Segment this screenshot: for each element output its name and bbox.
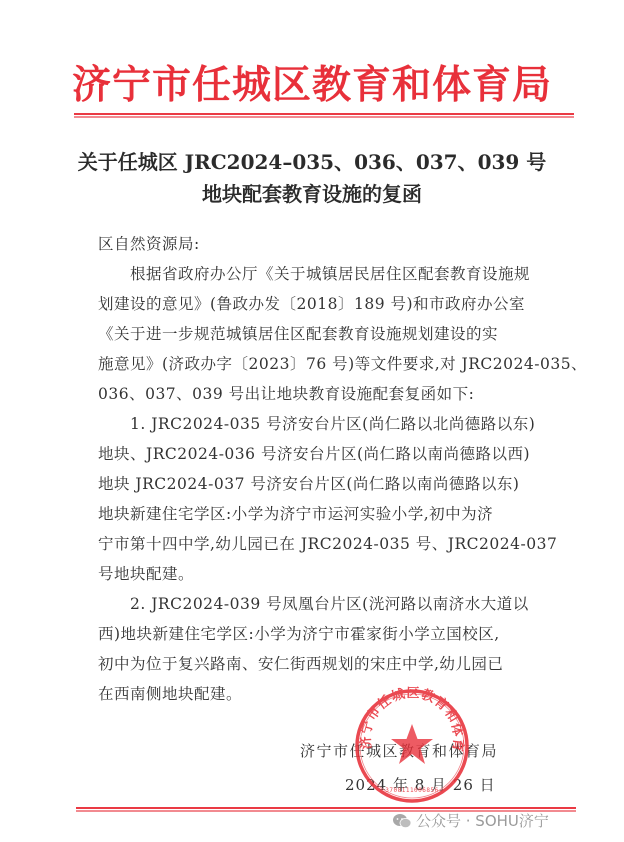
body-line: 施意见》(济政办字〔2023〕76 号)等文件要求,对 JRC2024-035、	[98, 349, 587, 379]
title-line-1: 关于任城区 JRC2024–035、036、037、039 号	[0, 146, 624, 178]
body-line: 根据省政府办公厅《关于城镇居民居住区配套教育设施规	[98, 259, 530, 289]
body-line: 1. JRC2024-035 号济安台片区(尚仁路以北尚德路以东)	[98, 409, 535, 439]
body-line: 地块 JRC2024-037 号济安台片区(尚仁路以南尚德路以东)	[98, 469, 519, 499]
body-line: 036、037、039 号出让地块教育设施配套复函如下:	[98, 379, 474, 409]
body-line: 西)地块新建住宅学区:小学为济宁市霍家街小学立国校区,	[98, 619, 500, 649]
body-line: 宁市第十四中学,幼儿园已在 JRC2024-035 号、JRC2024-037	[98, 529, 557, 559]
body-line: 划建设的意见》(鲁政办发〔2018〕189 号)和市政府办公室	[98, 289, 525, 319]
official-letter-page: 济宁市任城区教育和体育局 关于任城区 JRC2024–035、036、037、0…	[0, 0, 624, 842]
source-watermark: 公众号 · SOHU济宁	[392, 810, 549, 831]
body-line: 地块新建住宅学区:小学为济宁市运河实验小学,初中为济	[98, 499, 493, 529]
body-line: 在西南侧地块配建。	[98, 679, 242, 709]
body-line: 《关于进一步规范城镇居住区配套教育设施规划建设的实	[98, 319, 498, 349]
watermark-text: 公众号 · SOHU济宁	[416, 810, 549, 831]
body-line: 2. JRC2024-039 号凤凰台片区(洸河路以南济水大道以	[98, 589, 529, 619]
body-line: 号地块配建。	[98, 559, 194, 589]
signature-issuer: 济宁市任城区教育和体育局	[300, 740, 498, 761]
signature-date: 2024 年 8 月 26 日	[345, 774, 496, 795]
document-title: 关于任城区 JRC2024–035、036、037、039 号 地块配套教育设施…	[0, 146, 624, 210]
footer-red-rule	[76, 807, 576, 809]
body-line: 初中为位于复兴路南、安仁街西规划的宋庄中学,幼儿园已	[98, 649, 503, 679]
masthead-red-rule	[74, 113, 574, 115]
body-line: 地块、JRC2024-036 号济安台片区(尚仁路以南尚德路以西)	[98, 439, 530, 469]
masthead-title: 济宁市任城区教育和体育局	[0, 62, 624, 108]
title-line-2: 地块配套教育设施的复函	[0, 178, 624, 210]
wechat-icon	[392, 813, 412, 829]
salutation: 区自然资源局:	[98, 229, 200, 259]
